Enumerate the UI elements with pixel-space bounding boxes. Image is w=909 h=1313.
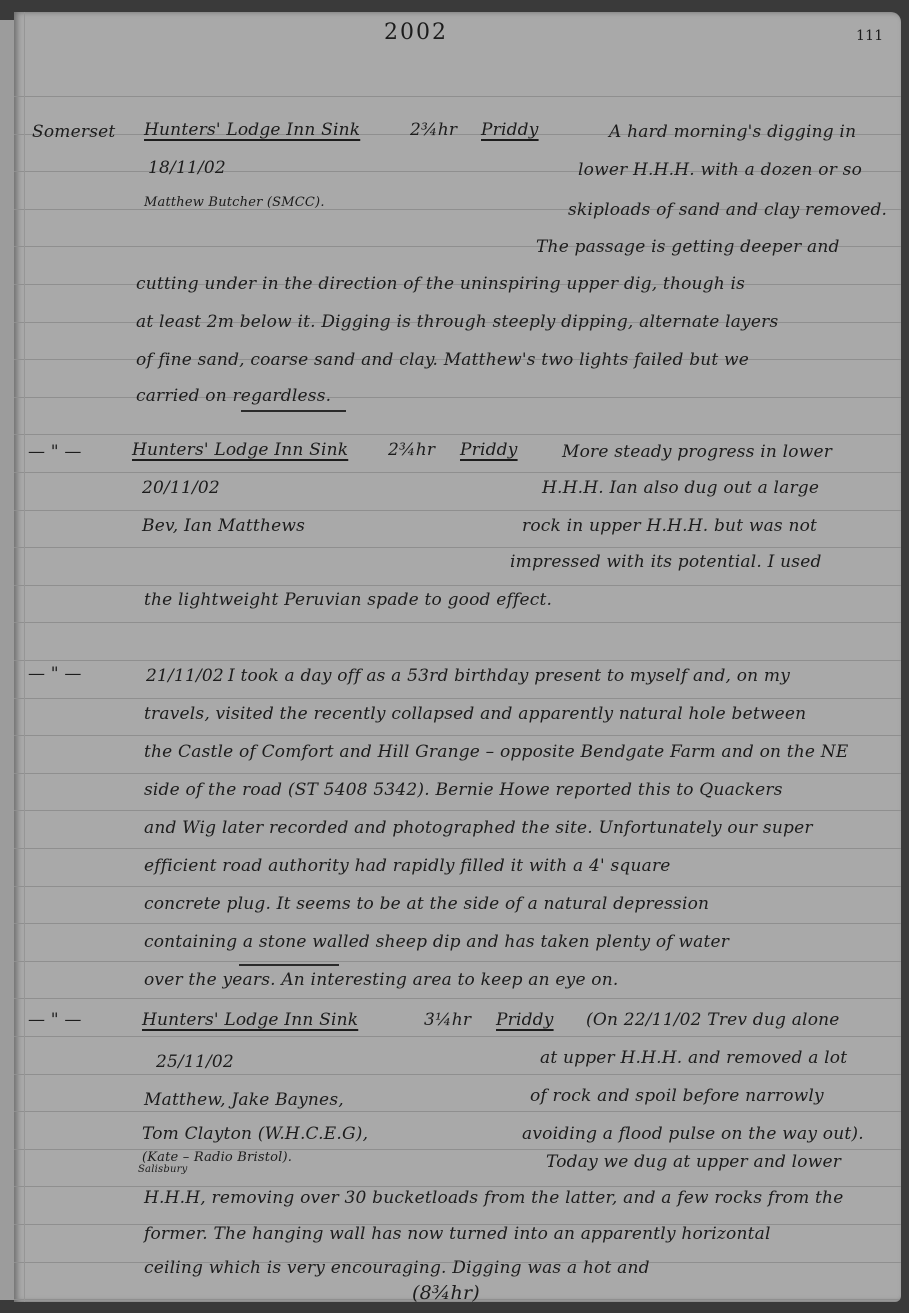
entry-text-line: I took a day off as a 53rd birthday pres… [228, 666, 790, 686]
entry-separator [241, 410, 346, 412]
entry-text-line: carried on regardless. [136, 386, 331, 406]
entry-text-line: ceiling which is very encouraging. Diggi… [144, 1258, 650, 1278]
entry-site: Hunters' Lodge Inn Sink [144, 120, 360, 140]
entry-region: — " — [28, 664, 82, 684]
entry-text-line: avoiding a flood pulse on the way out). [522, 1124, 864, 1144]
ruled-line [14, 660, 901, 661]
entry-text-line: A hard morning's digging in [609, 122, 856, 142]
entry-text-line: the Castle of Comfort and Hill Grange – … [144, 742, 848, 762]
entry-text-line: containing a stone walled sheep dip and … [144, 932, 729, 952]
entry-text-line: impressed with its potential. I used [510, 552, 822, 572]
entry-date: 20/11/02 [142, 478, 220, 498]
entry-text-line: skiploads of sand and clay removed. [568, 200, 887, 220]
entry-region: — " — [28, 1010, 82, 1030]
entry-text-line: rock in upper H.H.H. but was not [522, 516, 817, 536]
entry-region: — " — [28, 442, 82, 462]
ruled-line [14, 1074, 901, 1075]
entry-team: Salisbury [138, 1164, 187, 1175]
ruled-line [14, 1111, 901, 1112]
entry-team: Bev, Ian Matthews [142, 516, 305, 536]
ruled-line [14, 585, 901, 586]
entry-text-line: former. The hanging wall has now turned … [144, 1224, 771, 1244]
entry-text-line: of rock and spoil before narrowly [530, 1086, 824, 1106]
entry-text-line: The passage is getting deeper and [536, 237, 840, 257]
entry-text-line: at upper H.H.H. and removed a lot [540, 1048, 847, 1068]
ruled-line [14, 773, 901, 774]
entry-date: 18/11/02 [148, 158, 226, 178]
entry-text-line: More steady progress in lower [562, 442, 832, 462]
ruled-line [14, 735, 901, 736]
ruled-line [14, 510, 901, 511]
ruled-line [14, 1186, 901, 1187]
ruled-line [14, 961, 901, 962]
entry-separator [239, 964, 339, 966]
ruled-line [14, 472, 901, 473]
logbook-page: 2002 111 Somerset Hunters' Lodge Inn Sin… [14, 12, 901, 1302]
entry-location: Priddy [481, 120, 539, 140]
entry-text-line: of fine sand, coarse sand and clay. Matt… [136, 350, 749, 370]
entry-text-line: travels, visited the recently collapsed … [144, 704, 806, 724]
entry-duration: 3¼hr [424, 1010, 471, 1030]
ruled-line [14, 998, 901, 999]
running-total: (8¾hr) [412, 1282, 480, 1302]
entry-text-line: side of the road (ST 5408 5342). Bernie … [144, 780, 783, 800]
entry-text-line: concrete plug. It seems to be at the sid… [144, 894, 709, 914]
entry-text-line: the lightweight Peruvian spade to good e… [144, 590, 552, 610]
entry-location: Priddy [460, 440, 518, 460]
entry-site: Hunters' Lodge Inn Sink [142, 1010, 358, 1030]
ruled-line [14, 923, 901, 924]
entry-duration: 2¾hr [410, 120, 457, 140]
entry-text-line: lower H.H.H. with a dozen or so [578, 160, 862, 180]
entry-text-line: and Wig later recorded and photographed … [144, 818, 813, 838]
entry-duration: 2¾hr [388, 440, 435, 460]
ruled-line [14, 698, 901, 699]
entry-text-line: H.H.H. Ian also dug out a large [542, 478, 819, 498]
entry-text-line: (On 22/11/02 Trev dug alone [586, 1010, 840, 1030]
page-number: 111 [856, 28, 883, 44]
ruled-line [14, 622, 901, 623]
entry-text-line: H.H.H, removing over 30 bucketloads from… [144, 1188, 843, 1208]
entry-text-line: Today we dug at upper and lower [546, 1152, 841, 1172]
entry-region: Somerset [32, 122, 115, 142]
ruled-line [14, 96, 901, 97]
entry-team: Matthew Butcher (SMCC). [144, 195, 325, 210]
margin-line [24, 12, 25, 1302]
ruled-line [14, 434, 901, 435]
page-year: 2002 [384, 20, 448, 45]
ruled-line [14, 1036, 901, 1037]
ruled-line [14, 886, 901, 887]
entry-team: Matthew, Jake Baynes, [144, 1090, 344, 1110]
entry-text-line: efficient road authority had rapidly fil… [144, 856, 671, 876]
entry-team: (Kate – Radio Bristol). [142, 1150, 292, 1165]
entry-text-line: cutting under in the direction of the un… [136, 274, 745, 294]
entry-location: Priddy [496, 1010, 554, 1030]
entry-text-line: at least 2m below it. Digging is through… [136, 312, 778, 332]
entry-text-line: over the years. An interesting area to k… [144, 970, 619, 990]
entry-date: 25/11/02 [156, 1052, 234, 1072]
entry-date: 21/11/02 [146, 666, 224, 686]
entry-team: Tom Clayton (W.H.C.E.G), [142, 1124, 368, 1144]
ruled-line [14, 848, 901, 849]
ruled-line [14, 547, 901, 548]
entry-site: Hunters' Lodge Inn Sink [132, 440, 348, 460]
ruled-line [14, 810, 901, 811]
